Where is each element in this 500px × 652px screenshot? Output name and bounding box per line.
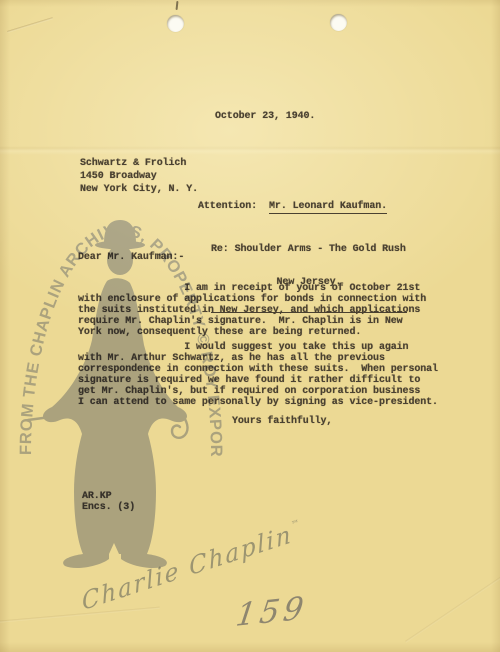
paper-crease — [0, 607, 160, 624]
bowler-hat-brim — [95, 241, 145, 250]
cane-left-icon — [28, 413, 80, 420]
recipient-address: Schwartz & Frolich 1450 Broadway New Yor… — [80, 157, 198, 196]
re-subject-line1: Re: Shoulder Arms - The Gold Rush — [211, 244, 407, 255]
paper-crease — [7, 17, 53, 33]
attention-name: Mr. Leonard Kaufman. — [269, 201, 387, 214]
punch-hole-right — [330, 14, 347, 31]
paper-crease — [405, 551, 500, 642]
pen-mark — [176, 1, 179, 10]
body-paragraph-1: I am in receipt of yours of October 21st… — [78, 283, 426, 338]
closing: Yours faithfully, — [232, 416, 332, 427]
cane-hook-icon — [172, 414, 188, 438]
letter-date: October 23, 1940. — [215, 111, 315, 122]
attention-line: Attention:Mr. Leonard Kaufman. — [198, 201, 387, 212]
bowler-hat-icon — [104, 220, 136, 243]
salutation: Dear Mr. Kaufman:- — [78, 252, 184, 263]
silhouette-left-shoe — [63, 554, 109, 568]
attention-label: Attention: — [198, 201, 257, 212]
body-paragraph-2: I would suggest you take this up again w… — [78, 342, 438, 408]
punch-hole-left — [167, 15, 184, 32]
scanned-letter-page: October 23, 1940. Schwartz & Frolich 145… — [0, 0, 500, 652]
enclosure-note: Encs. (3) — [82, 502, 135, 513]
page-number-handwritten: 159 — [234, 590, 310, 634]
typist-initials: AR.KP — [82, 491, 112, 502]
signature-watermark: Charlie Chaplin™ — [81, 532, 255, 616]
trademark-symbol: ™ — [291, 518, 300, 530]
